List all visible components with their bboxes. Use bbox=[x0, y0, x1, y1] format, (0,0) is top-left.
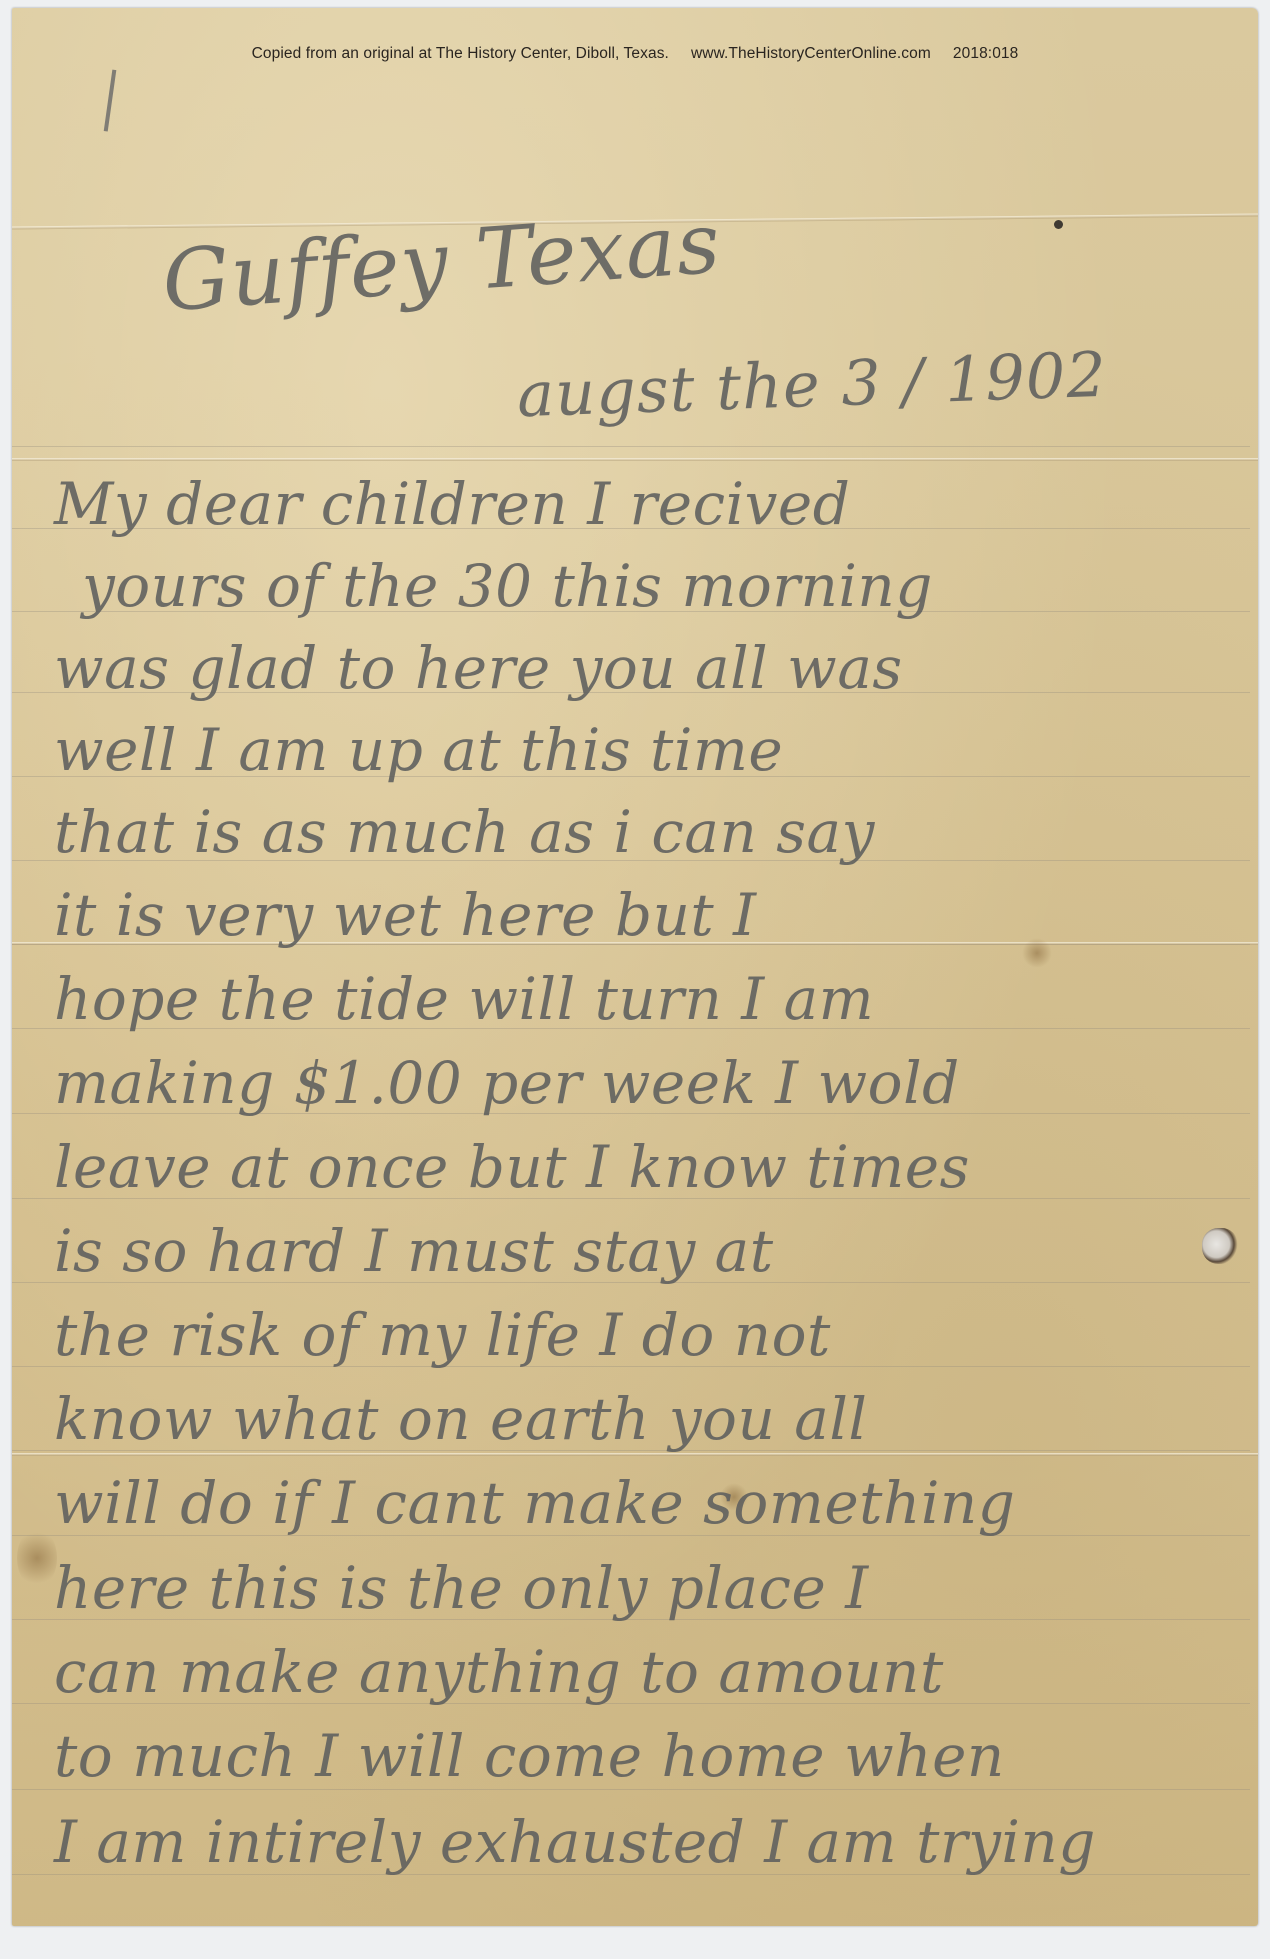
ruled-line bbox=[12, 446, 1250, 447]
letter-line: here this is the only place I bbox=[54, 1554, 869, 1622]
letter-line: My dear children I recived bbox=[54, 470, 850, 538]
stain bbox=[1022, 938, 1052, 968]
letter-line: I am intirely exhausted I am trying bbox=[54, 1808, 1096, 1876]
letter-place: Guffey Texas bbox=[159, 194, 724, 331]
letter-line: it is very wet here but I bbox=[54, 881, 757, 949]
letter-line: know what on earth you all bbox=[54, 1385, 867, 1453]
letter-line: making $1.00 per week I wold bbox=[54, 1049, 960, 1117]
letter-line: will do if I cant make something bbox=[54, 1469, 1015, 1537]
letter-line: is so hard I must stay at bbox=[54, 1217, 774, 1285]
letter-line: the risk of my life I do not bbox=[54, 1301, 831, 1369]
letter-line: was glad to here you all was bbox=[54, 634, 903, 702]
letter-line: can make anything to amount bbox=[54, 1638, 944, 1706]
paper-hole bbox=[1202, 1228, 1238, 1264]
letter-line: leave at once but I know times bbox=[54, 1133, 970, 1201]
ink-spot bbox=[1054, 220, 1063, 229]
letter-line: that is as much as i can say bbox=[54, 798, 875, 866]
page-number-mark bbox=[104, 70, 123, 133]
letter-page: Copied from an original at The History C… bbox=[12, 8, 1258, 1926]
letter-line: well I am up at this time bbox=[54, 716, 783, 784]
stain bbox=[17, 1528, 57, 1588]
letter-line: hope the tide will turn I am bbox=[54, 965, 874, 1033]
fold-crease bbox=[12, 458, 1258, 461]
letter-line: to much I will come home when bbox=[54, 1722, 1005, 1790]
fold-crease bbox=[12, 1453, 1258, 1456]
letter-date: augst the 3 / 1902 bbox=[516, 338, 1108, 432]
letter-line: yours of the 30 this morning bbox=[82, 552, 933, 620]
archive-note: Copied from an original at The History C… bbox=[12, 45, 1258, 63]
